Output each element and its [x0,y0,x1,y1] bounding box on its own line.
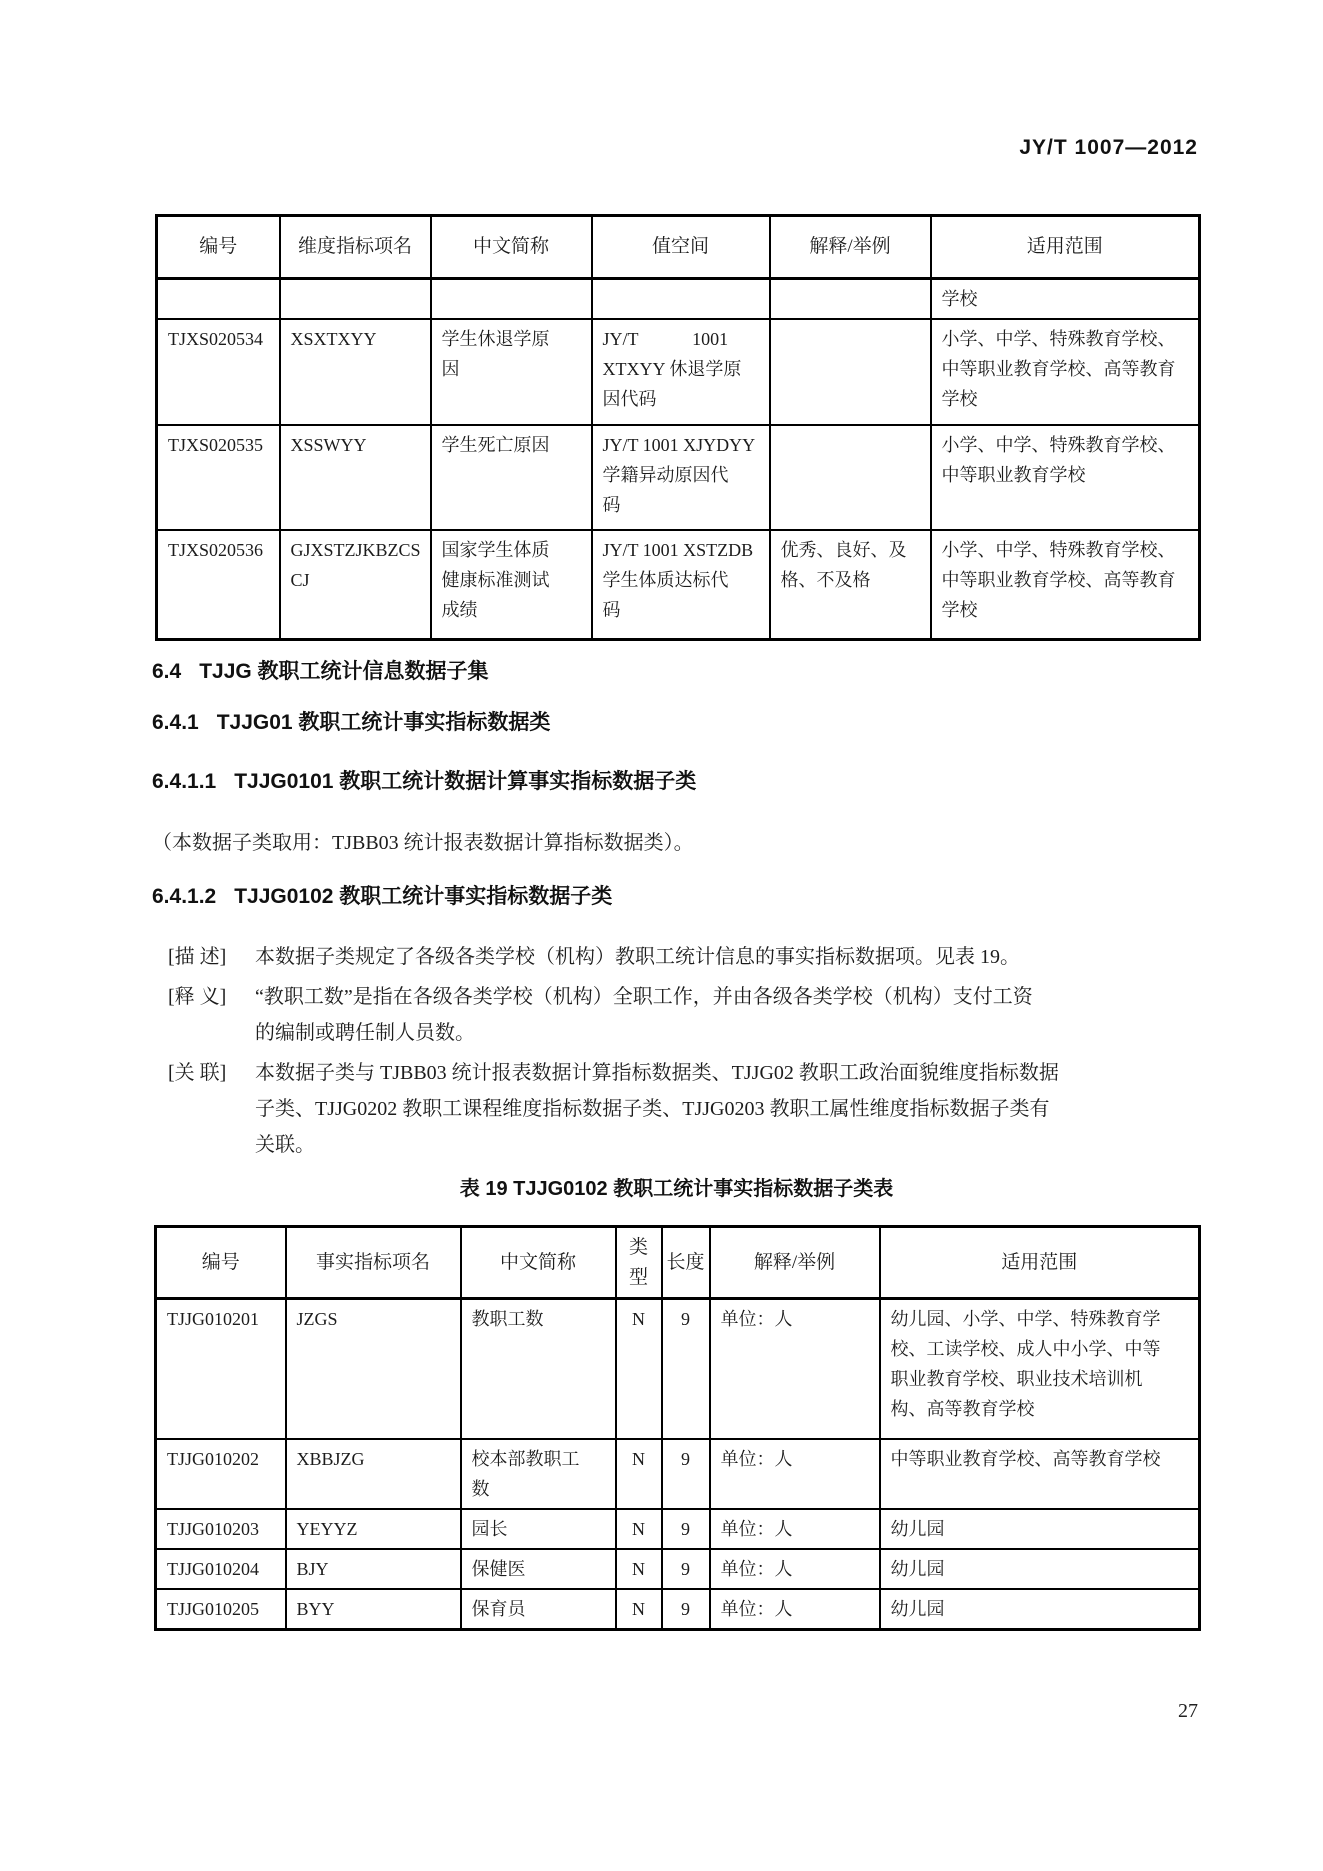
cell-item-name: XSSWYY [280,425,431,530]
table-row: TJXS020535 XSSWYY 学生死亡原因 JY/T 1001 XJYDY… [157,425,1200,530]
section-number: 6.4.1 [152,711,199,734]
section-heading-6-4: 6.4TJJG 教职工统计信息数据子集 [152,655,489,685]
cell-code: TJJG010204 [156,1549,286,1589]
doc-code-header: JY/T 1007—2012 [1019,136,1198,160]
table-row: TJJG010205 BYY 保育员 N 9 单位：人 幼儿园 [156,1589,1200,1630]
dimension-indicator-table: 编号 维度指标项名 中文简称 值空间 解释/举例 适用范围 学校 TJXS020… [155,214,1201,641]
table-row: 学校 [157,279,1200,320]
cell-type: N [616,1299,662,1439]
cell-cn-name: 保育员 [461,1589,616,1630]
cell-value-space [592,279,770,320]
cell-scope: 幼儿园 [880,1509,1200,1549]
cell-code: TJXS020536 [157,530,280,639]
column-header-scope: 适用范围 [880,1227,1200,1299]
cell-length: 9 [662,1549,710,1589]
column-header-value-space: 值空间 [592,216,770,279]
entry-text: “教职工数”是指在各级各类学校（机构）全职工作，并由各级各类学校（机构）支付工资… [255,979,1200,1051]
table-row: TJJG010204 BJY 保健医 N 9 单位：人 幼儿园 [156,1549,1200,1589]
entry-meaning: [释 义] “教职工数”是指在各级各类学校（机构）全职工作，并由各级各类学校（机… [168,979,1200,1051]
table-row: TJJG010202 XBBJZG 校本部教职工 数 N 9 单位：人 中等职业… [156,1439,1200,1509]
cell-code: TJJG010203 [156,1509,286,1549]
cell-explain: 单位：人 [710,1439,880,1509]
cell-cn-name: 学生死亡原因 [431,425,592,530]
cell-item-name: BYY [286,1589,461,1630]
entry-relation: [关 联] 本数据子类与 TJBB03 统计报表数据计算指标数据类、TJJG02… [168,1055,1200,1163]
table-row: TJJG010203 YEYYZ 园长 N 9 单位：人 幼儿园 [156,1509,1200,1549]
cell-value-space: JY/T 1001 XJYDYY 学籍异动原因代 码 [592,425,770,530]
cell-code [157,279,280,320]
table-row: TJXS020536 GJXSTZJKBZCS CJ 国家学生体质 健康标准测试… [157,530,1200,639]
cell-scope: 幼儿园 [880,1549,1200,1589]
cell-cn-name: 保健医 [461,1549,616,1589]
column-header-cn-name: 中文简称 [431,216,592,279]
cell-item-name: YEYYZ [286,1509,461,1549]
cell-scope: 中等职业教育学校、高等教育学校 [880,1439,1200,1509]
cell-item-name: XSXTXYY [280,319,431,425]
cell-code: TJJG010201 [156,1299,286,1439]
cell-type: N [616,1439,662,1509]
cell-explain: 单位：人 [710,1549,880,1589]
cell-cn-name: 校本部教职工 数 [461,1439,616,1509]
cell-item-name: BJY [286,1549,461,1589]
cell-explain: 单位：人 [710,1299,880,1439]
cell-explain [770,319,931,425]
cell-scope: 小学、中学、特殊教育学校、 中等职业教育学校、高等教育 学校 [931,319,1200,425]
entry-description: [描 述] 本数据子类规定了各级各类学校（机构）教职工统计信息的事实指标数据项。… [168,939,1200,975]
cell-scope: 幼儿园 [880,1589,1200,1630]
fact-indicator-table: 编号 事实指标项名 中文简称 类型 长度 解释/举例 适用范围 TJJG0102… [154,1225,1201,1631]
cell-item-name: JZGS [286,1299,461,1439]
cell-code: TJXS020534 [157,319,280,425]
table-row: TJJG010201 JZGS 教职工数 N 9 单位：人 幼儿园、小学、中学、… [156,1299,1200,1439]
column-header-code: 编号 [157,216,280,279]
cell-type: N [616,1549,662,1589]
section-heading-6-4-1: 6.4.1TJJG01 教职工统计事实指标数据类 [152,706,550,736]
section-title: TJJG0101 教职工统计数据计算事实指标数据子类 [234,770,696,793]
column-header-item-name: 维度指标项名 [280,216,431,279]
cell-scope: 学校 [931,279,1200,320]
cell-scope: 幼儿园、小学、中学、特殊教育学 校、工读学校、成人中小学、中等 职业教育学校、职… [880,1299,1200,1439]
cell-explain: 单位：人 [710,1509,880,1549]
table-row: TJXS020534 XSXTXYY 学生休退学原 因 JY/T 1001 XT… [157,319,1200,425]
cell-item-name: GJXSTZJKBZCS CJ [280,530,431,639]
cell-scope: 小学、中学、特殊教育学校、 中等职业教育学校 [931,425,1200,530]
page-number: 27 [1178,1700,1198,1723]
cell-code: TJJG010205 [156,1589,286,1630]
entry-text: 本数据子类与 TJBB03 统计报表数据计算指标数据类、TJJG02 教职工政治… [255,1055,1200,1163]
cell-length: 9 [662,1299,710,1439]
column-header-item-name: 事实指标项名 [286,1227,461,1299]
table-header-row: 编号 维度指标项名 中文简称 值空间 解释/举例 适用范围 [157,216,1200,279]
cell-explain [770,279,931,320]
column-header-explain: 解释/举例 [710,1227,880,1299]
cell-length: 9 [662,1439,710,1509]
entry-label: [关 联] [168,1055,255,1163]
table-header-row: 编号 事实指标项名 中文简称 类型 长度 解释/举例 适用范围 [156,1227,1200,1299]
usage-note-paragraph: （本数据子类取用：TJBB03 统计报表数据计算指标数据类）。 [152,826,694,860]
cell-cn-name: 学生休退学原 因 [431,319,592,425]
definition-entries: [描 述] 本数据子类规定了各级各类学校（机构）教职工统计信息的事实指标数据项。… [168,939,1200,1167]
entry-label: [释 义] [168,979,255,1051]
cell-code: TJJG010202 [156,1439,286,1509]
cell-type: N [616,1509,662,1549]
cell-cn-name: 国家学生体质 健康标准测试 成绩 [431,530,592,639]
entry-text: 本数据子类规定了各级各类学校（机构）教职工统计信息的事实指标数据项。见表 19。 [255,939,1200,975]
cell-scope: 小学、中学、特殊教育学校、 中等职业教育学校、高等教育 学校 [931,530,1200,639]
section-heading-6-4-1-1: 6.4.1.1TJJG0101 教职工统计数据计算事实指标数据子类 [152,765,696,795]
cell-explain: 单位：人 [710,1589,880,1630]
cell-cn-name [431,279,592,320]
column-header-explain: 解释/举例 [770,216,931,279]
section-number: 6.4 [152,660,181,683]
column-header-cn-name: 中文简称 [461,1227,616,1299]
column-header-code: 编号 [156,1227,286,1299]
cell-length: 9 [662,1509,710,1549]
section-number: 6.4.1.1 [152,770,216,793]
column-header-length: 长度 [662,1227,710,1299]
cell-item-name: XBBJZG [286,1439,461,1509]
cell-value-space: JY/T 1001 XSTZDB 学生体质达标代 码 [592,530,770,639]
cell-cn-name: 教职工数 [461,1299,616,1439]
section-title: TJJG0102 教职工统计事实指标数据子类 [234,885,612,908]
section-title: TJJG01 教职工统计事实指标数据类 [217,711,551,734]
cell-item-name [280,279,431,320]
cell-code: TJXS020535 [157,425,280,530]
cell-value-space: JY/T 1001 XTXYY 休退学原 因代码 [592,319,770,425]
table-19-caption: 表 19 TJJG0102 教职工统计事实指标数据子类表 [155,1172,1198,1201]
section-title: TJJG 教职工统计信息数据子集 [199,660,488,683]
cell-explain [770,425,931,530]
section-heading-6-4-1-2: 6.4.1.2TJJG0102 教职工统计事实指标数据子类 [152,880,612,910]
section-number: 6.4.1.2 [152,885,216,908]
entry-label: [描 述] [168,939,255,975]
cell-explain: 优秀、良好、及 格、不及格 [770,530,931,639]
cell-type: N [616,1589,662,1630]
document-page: JY/T 1007—2012 编号 维度指标项名 中文简称 值空间 解释/举例 … [0,0,1323,1871]
cell-length: 9 [662,1589,710,1630]
cell-cn-name: 园长 [461,1509,616,1549]
column-header-type: 类型 [616,1227,662,1299]
column-header-scope: 适用范围 [931,216,1200,279]
